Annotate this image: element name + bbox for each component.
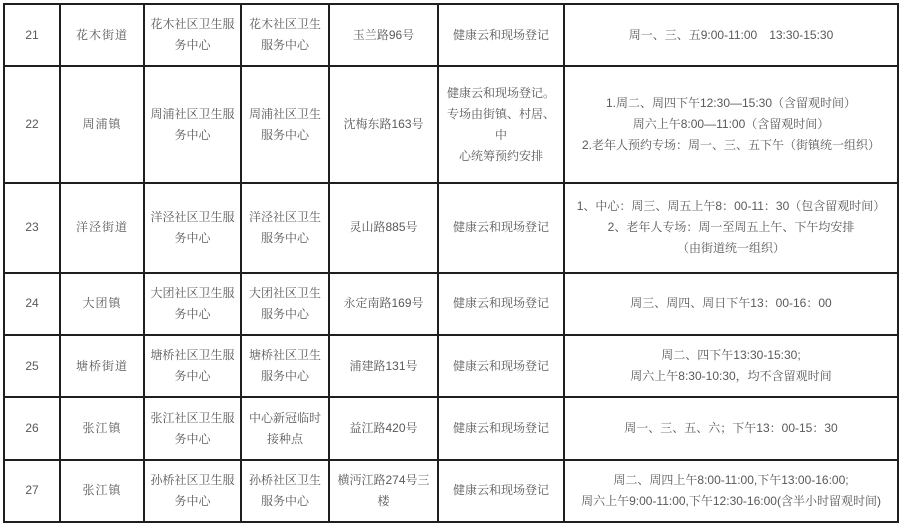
table-row: 25 塘桥街道 塘桥社区卫生服务中心 塘桥社区卫生服务中心 浦建路131号 健康…: [4, 335, 898, 397]
cell-schedule: 周二、周四上午8:00-11:00,下午13:00-16:00; 周六上午9:0…: [564, 460, 898, 522]
cell-health-center: 花木社区卫生服务中心: [144, 4, 241, 66]
cell-row-number: 25: [4, 335, 60, 397]
table-row: 24 大团镇 大团社区卫生服务中心 大团社区卫生服务中心 永定南路169号 健康…: [4, 273, 898, 335]
cell-street: 花木街道: [60, 4, 144, 66]
table-row: 23 洋泾街道 洋泾社区卫生服务中心 洋泾社区卫生服务中心 灵山路885号 健康…: [4, 183, 898, 273]
cell-registration: 健康云和现场登记: [438, 183, 564, 273]
cell-address: 沈梅东路163号: [329, 66, 438, 183]
cell-row-number: 22: [4, 66, 60, 183]
cell-address: 灵山路885号: [329, 183, 438, 273]
cell-vaccination-site: 花木社区卫生服务中心: [241, 4, 329, 66]
cell-vaccination-site: 周浦社区卫生服务中心: [241, 66, 329, 183]
cell-address: 横沔江路274号三楼: [329, 460, 438, 522]
cell-row-number: 24: [4, 273, 60, 335]
cell-vaccination-site: 中心新冠临时接种点: [241, 397, 329, 459]
cell-health-center: 大团社区卫生服务中心: [144, 273, 241, 335]
cell-row-number: 21: [4, 4, 60, 66]
cell-schedule: 1.周二、周四下午12:30—15:30（含留观时间） 周六上午8:00—11:…: [564, 66, 898, 183]
cell-schedule: 周一、三、五9:00-11:00 13:30-15:30: [564, 4, 898, 66]
cell-health-center: 周浦社区卫生服务中心: [144, 66, 241, 183]
cell-address: 玉兰路96号: [329, 4, 438, 66]
cell-vaccination-site: 洋泾社区卫生服务中心: [241, 183, 329, 273]
cell-row-number: 23: [4, 183, 60, 273]
cell-schedule: 1、中心：周三、周五上午8：00-11：30（包含留观时间） 2、老年人专场：周…: [564, 183, 898, 273]
table-row: 26 张江镇 张江社区卫生服务中心 中心新冠临时接种点 益江路420号 健康云和…: [4, 397, 898, 459]
cell-row-number: 27: [4, 460, 60, 522]
cell-registration: 健康云和现场登记: [438, 273, 564, 335]
cell-schedule: 周一、三、五、六；下午13：00-15：30: [564, 397, 898, 459]
table-row: 27 张江镇 孙桥社区卫生服务中心 孙桥社区卫生服务中心 横沔江路274号三楼 …: [4, 460, 898, 522]
cell-health-center: 塘桥社区卫生服务中心: [144, 335, 241, 397]
cell-registration: 健康云和现场登记: [438, 4, 564, 66]
cell-street: 周浦镇: [60, 66, 144, 183]
cell-registration: 健康云和现场登记: [438, 335, 564, 397]
cell-health-center: 张江社区卫生服务中心: [144, 397, 241, 459]
cell-street: 大团镇: [60, 273, 144, 335]
cell-street: 洋泾街道: [60, 183, 144, 273]
cell-address: 永定南路169号: [329, 273, 438, 335]
cell-address: 浦建路131号: [329, 335, 438, 397]
cell-street: 张江镇: [60, 397, 144, 459]
cell-address: 益江路420号: [329, 397, 438, 459]
vaccination-site-table: 21 花木街道 花木社区卫生服务中心 花木社区卫生服务中心 玉兰路96号 健康云…: [3, 3, 899, 523]
cell-row-number: 26: [4, 397, 60, 459]
cell-schedule: 周三、周四、周日下午13：00-16：00: [564, 273, 898, 335]
cell-registration: 健康云和现场登记。 专场由街镇、村居、中 心统筹预约安排: [438, 66, 564, 183]
cell-vaccination-site: 塘桥社区卫生服务中心: [241, 335, 329, 397]
cell-street: 塘桥街道: [60, 335, 144, 397]
cell-health-center: 洋泾社区卫生服务中心: [144, 183, 241, 273]
cell-vaccination-site: 大团社区卫生服务中心: [241, 273, 329, 335]
cell-health-center: 孙桥社区卫生服务中心: [144, 460, 241, 522]
table-row: 21 花木街道 花木社区卫生服务中心 花木社区卫生服务中心 玉兰路96号 健康云…: [4, 4, 898, 66]
cell-vaccination-site: 孙桥社区卫生服务中心: [241, 460, 329, 522]
cell-registration: 健康云和现场登记: [438, 460, 564, 522]
vaccination-schedule-page: 21 花木街道 花木社区卫生服务中心 花木社区卫生服务中心 玉兰路96号 健康云…: [0, 0, 900, 526]
cell-registration: 健康云和现场登记: [438, 397, 564, 459]
cell-schedule: 周二、四下午13:30-15:30; 周六上午8:30-10:30，均不含留观时…: [564, 335, 898, 397]
table-row: 22 周浦镇 周浦社区卫生服务中心 周浦社区卫生服务中心 沈梅东路163号 健康…: [4, 66, 898, 183]
cell-street: 张江镇: [60, 460, 144, 522]
